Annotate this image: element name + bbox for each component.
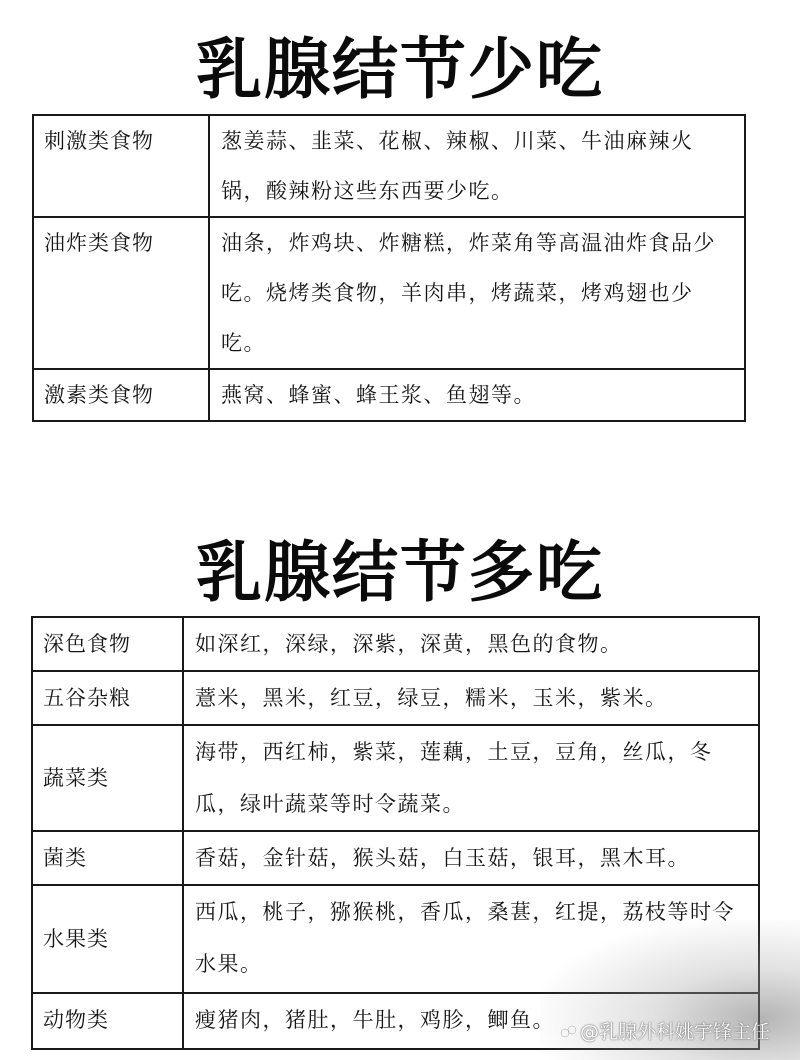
category-cell: 激素类食物 [33, 369, 209, 421]
description-cell: 薏米，黑米，红豆，绿豆，糯米，玉米，紫米。 [183, 671, 759, 725]
category-cell: 深色食物 [32, 617, 183, 671]
category-cell: 蔬菜类 [32, 725, 183, 831]
category-cell: 水果类 [32, 885, 183, 993]
watermark-text: @乳腺外科姚宇锋主任 [580, 1021, 770, 1043]
table-row: 激素类食物 燕窝、蜂蜜、蜂王浆、鱼翅等。 [33, 369, 745, 421]
table-row: 蔬菜类 海带，西红柿，紫菜，莲藕，土豆，豆角，丝瓜，冬瓜，绿叶蔬菜等时令蔬菜。 [32, 725, 759, 831]
category-cell: 动物类 [32, 993, 183, 1049]
description-cell: 油条，炸鸡块、炸糖糕，炸菜角等高温油炸食品少吃。烧烤类食物，羊肉串，烤蔬菜，烤鸡… [209, 217, 745, 369]
table-row: 五谷杂粮 薏米，黑米，红豆，绿豆，糯米，玉米，紫米。 [32, 671, 759, 725]
section-title-eat-more: 乳腺结节多吃 [0, 533, 800, 613]
table-row: 水果类 西瓜，桃子，猕猴桃，香瓜，桑葚，红提，荔枝等时令水果。 [32, 885, 759, 993]
eat-more-table: 深色食物 如深红，深绿，深紫，深黄，黑色的食物。 五谷杂粮 薏米，黑米，红豆，绿… [31, 616, 760, 1050]
table-row: 刺激类食物 葱姜蒜、韭菜、花椒、辣椒、川菜、牛油麻辣火锅，酸辣粉这些东西要少吃。 [33, 115, 745, 217]
description-cell: 葱姜蒜、韭菜、花椒、辣椒、川菜、牛油麻辣火锅，酸辣粉这些东西要少吃。 [209, 115, 745, 217]
description-cell: 西瓜，桃子，猕猴桃，香瓜，桑葚，红提，荔枝等时令水果。 [183, 885, 759, 993]
table-row: 菌类 香菇，金针菇，猴头菇，白玉菇，银耳，黑木耳。 [32, 831, 759, 885]
table-row: 深色食物 如深红，深绿，深紫，深黄，黑色的食物。 [32, 617, 759, 671]
description-cell: 海带，西红柿，紫菜，莲藕，土豆，豆角，丝瓜，冬瓜，绿叶蔬菜等时令蔬菜。 [183, 725, 759, 831]
document-page: 乳腺结节少吃 刺激类食物 葱姜蒜、韭菜、花椒、辣椒、川菜、牛油麻辣火锅，酸辣粉这… [0, 0, 800, 1060]
category-cell: 菌类 [32, 831, 183, 885]
description-cell: 燕窝、蜂蜜、蜂王浆、鱼翅等。 [209, 369, 745, 421]
category-cell: 油炸类食物 [33, 217, 209, 369]
category-cell: 刺激类食物 [33, 115, 209, 217]
description-cell: 如深红，深绿，深紫，深黄，黑色的食物。 [183, 617, 759, 671]
category-cell: 五谷杂粮 [32, 671, 183, 725]
section-title-eat-less: 乳腺结节少吃 [0, 30, 800, 110]
description-cell: 香菇，金针菇，猴头菇，白玉菇，银耳，黑木耳。 [183, 831, 759, 885]
eat-less-table: 刺激类食物 葱姜蒜、韭菜、花椒、辣椒、川菜、牛油麻辣火锅，酸辣粉这些东西要少吃。… [32, 114, 746, 422]
platform-logo-icon [560, 1023, 578, 1039]
watermark: @乳腺外科姚宇锋主任 [560, 1017, 770, 1044]
table-row: 油炸类食物 油条，炸鸡块、炸糖糕，炸菜角等高温油炸食品少吃。烧烤类食物，羊肉串，… [33, 217, 745, 369]
